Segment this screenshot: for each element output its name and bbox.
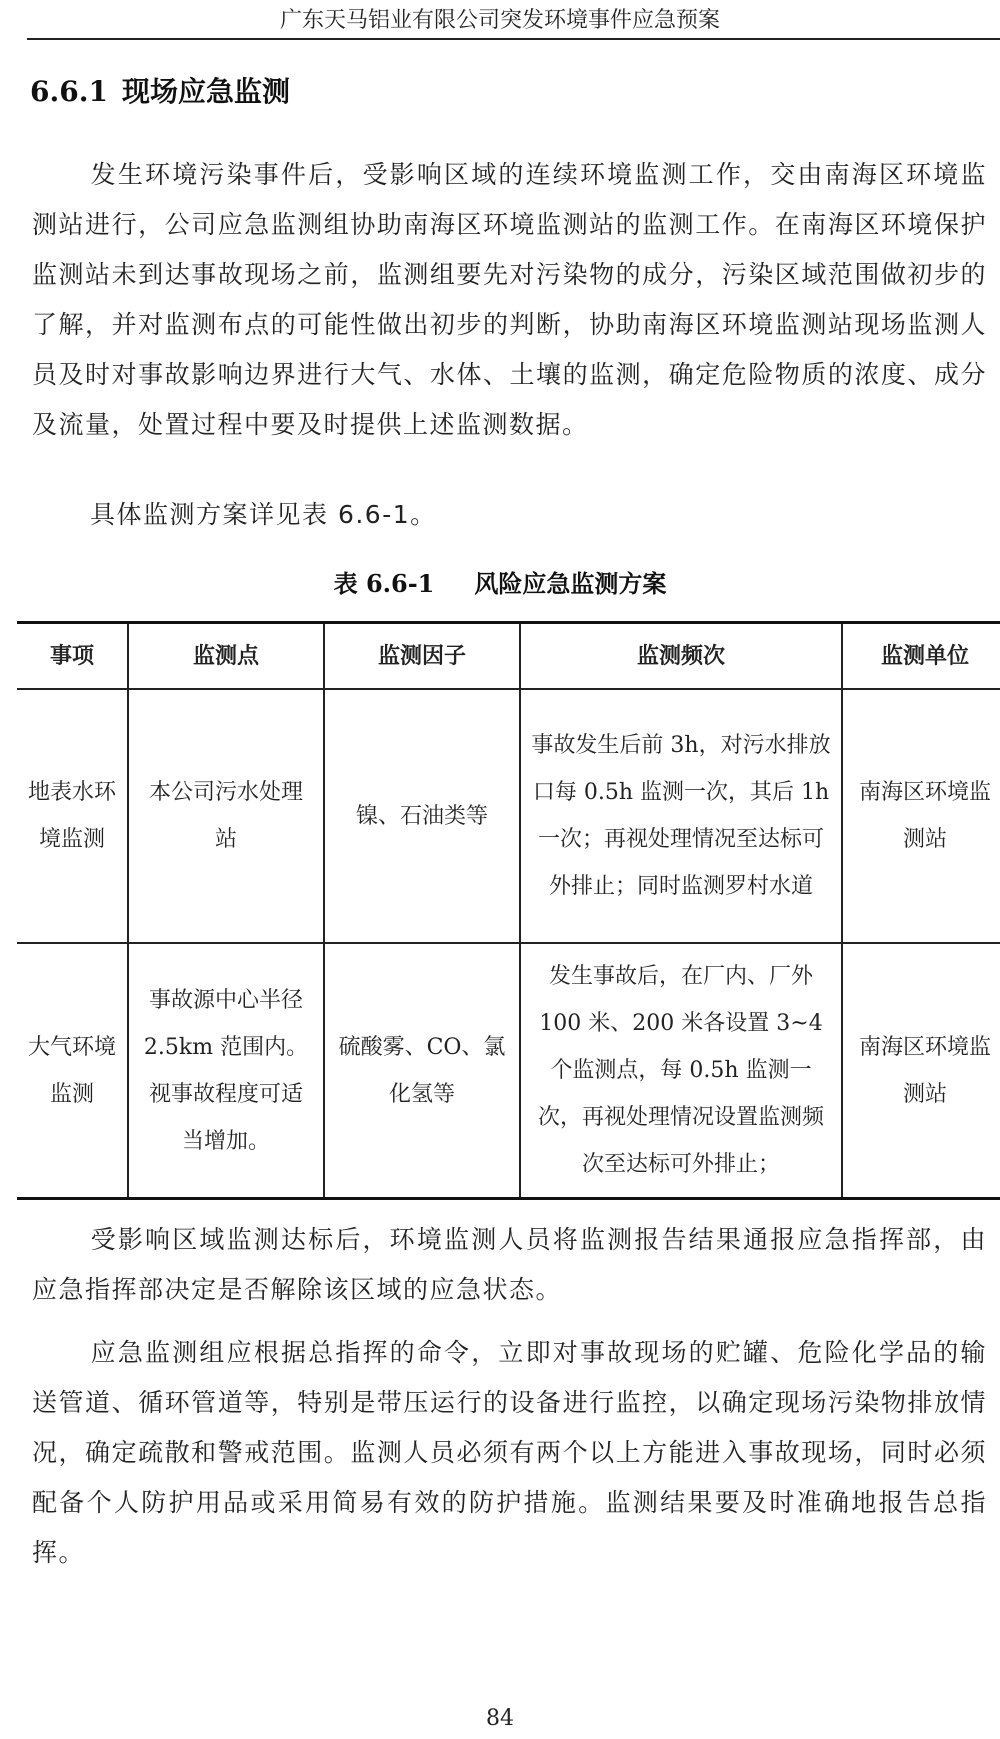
cell-item: 地表水环境监测 bbox=[17, 689, 128, 943]
table-row: 地表水环境监测 本公司污水处理站 镍、石油类等 事故发生后前 3h，对污水排放口… bbox=[17, 689, 1000, 943]
cell-point: 事故源中心半径 2.5km 范围内。视事故程度可适当增加。 bbox=[128, 943, 324, 1199]
cell-factor: 镍、石油类等 bbox=[324, 689, 520, 943]
section-number: 6.6.1 bbox=[30, 75, 108, 108]
cell-frequency: 事故发生后前 3h，对污水排放口每 0.5h 监测一次，其后 1h 一次；再视处… bbox=[520, 689, 842, 943]
cell-frequency: 发生事故后，在厂内、厂外 100 米、200 米各设置 3~4 个监测点，每 0… bbox=[520, 943, 842, 1199]
table-caption-title: 风险应急监测方案 bbox=[474, 569, 666, 598]
cell-unit: 南海区环境监测站 bbox=[842, 943, 1000, 1199]
running-header: 广东天马铝业有限公司突发环境事件应急预案 bbox=[0, 6, 1000, 36]
table-caption-number: 表 6.6-1 bbox=[334, 569, 435, 598]
paragraph-after-table-1: 受影响区域监测达标后，环境监测人员将监测报告结果通报应急指挥部，由应急指挥部决定… bbox=[32, 1215, 987, 1315]
column-header-item: 事项 bbox=[17, 623, 128, 690]
table-caption: 表 6.6-1风险应急监测方案 bbox=[0, 566, 1000, 602]
page-number: 84 bbox=[0, 1704, 1000, 1734]
column-header-unit: 监测单位 bbox=[842, 623, 1000, 690]
column-header-frequency: 监测频次 bbox=[520, 623, 842, 690]
monitoring-plan-table: 事项 监测点 监测因子 监测频次 监测单位 地表水环境监测 本公司污水处理站 镍… bbox=[17, 621, 1000, 1200]
section-title: 现场应急监测 bbox=[122, 75, 290, 108]
paragraph-table-reference: 具体监测方案详见表 6.6-1。 bbox=[32, 490, 987, 540]
cell-unit: 南海区环境监测站 bbox=[842, 689, 1000, 943]
paragraph-table-reference-text: 具体监测方案详见表 6.6-1。 bbox=[90, 500, 437, 529]
section-heading: 6.6.1现场应急监测 bbox=[30, 70, 290, 114]
paragraph-intro: 发生环境污染事件后，受影响区域的连续环境监测工作，交由南海区环境监测站进行，公司… bbox=[32, 150, 987, 450]
cell-point: 本公司污水处理站 bbox=[128, 689, 324, 943]
column-header-factor: 监测因子 bbox=[324, 623, 520, 690]
table-row: 大气环境监测 事故源中心半径 2.5km 范围内。视事故程度可适当增加。 硫酸雾… bbox=[17, 943, 1000, 1199]
cell-item: 大气环境监测 bbox=[17, 943, 128, 1199]
cell-factor: 硫酸雾、CO、氯化氢等 bbox=[324, 943, 520, 1199]
header-rule bbox=[27, 38, 1000, 40]
column-header-point: 监测点 bbox=[128, 623, 324, 690]
paragraph-intro-text: 发生环境污染事件后，受影响区域的连续环境监测工作，交由南海区环境监测站进行，公司… bbox=[32, 160, 987, 439]
paragraph-after-table-2-text: 应急监测组应根据总指挥的命令，立即对事故现场的贮罐、危险化学品的输送管道、循环管… bbox=[32, 1338, 987, 1567]
table-header-row: 事项 监测点 监测因子 监测频次 监测单位 bbox=[17, 623, 1000, 690]
paragraph-after-table-2: 应急监测组应根据总指挥的命令，立即对事故现场的贮罐、危险化学品的输送管道、循环管… bbox=[32, 1328, 987, 1578]
paragraph-after-table-1-text: 受影响区域监测达标后，环境监测人员将监测报告结果通报应急指挥部，由应急指挥部决定… bbox=[32, 1225, 987, 1304]
